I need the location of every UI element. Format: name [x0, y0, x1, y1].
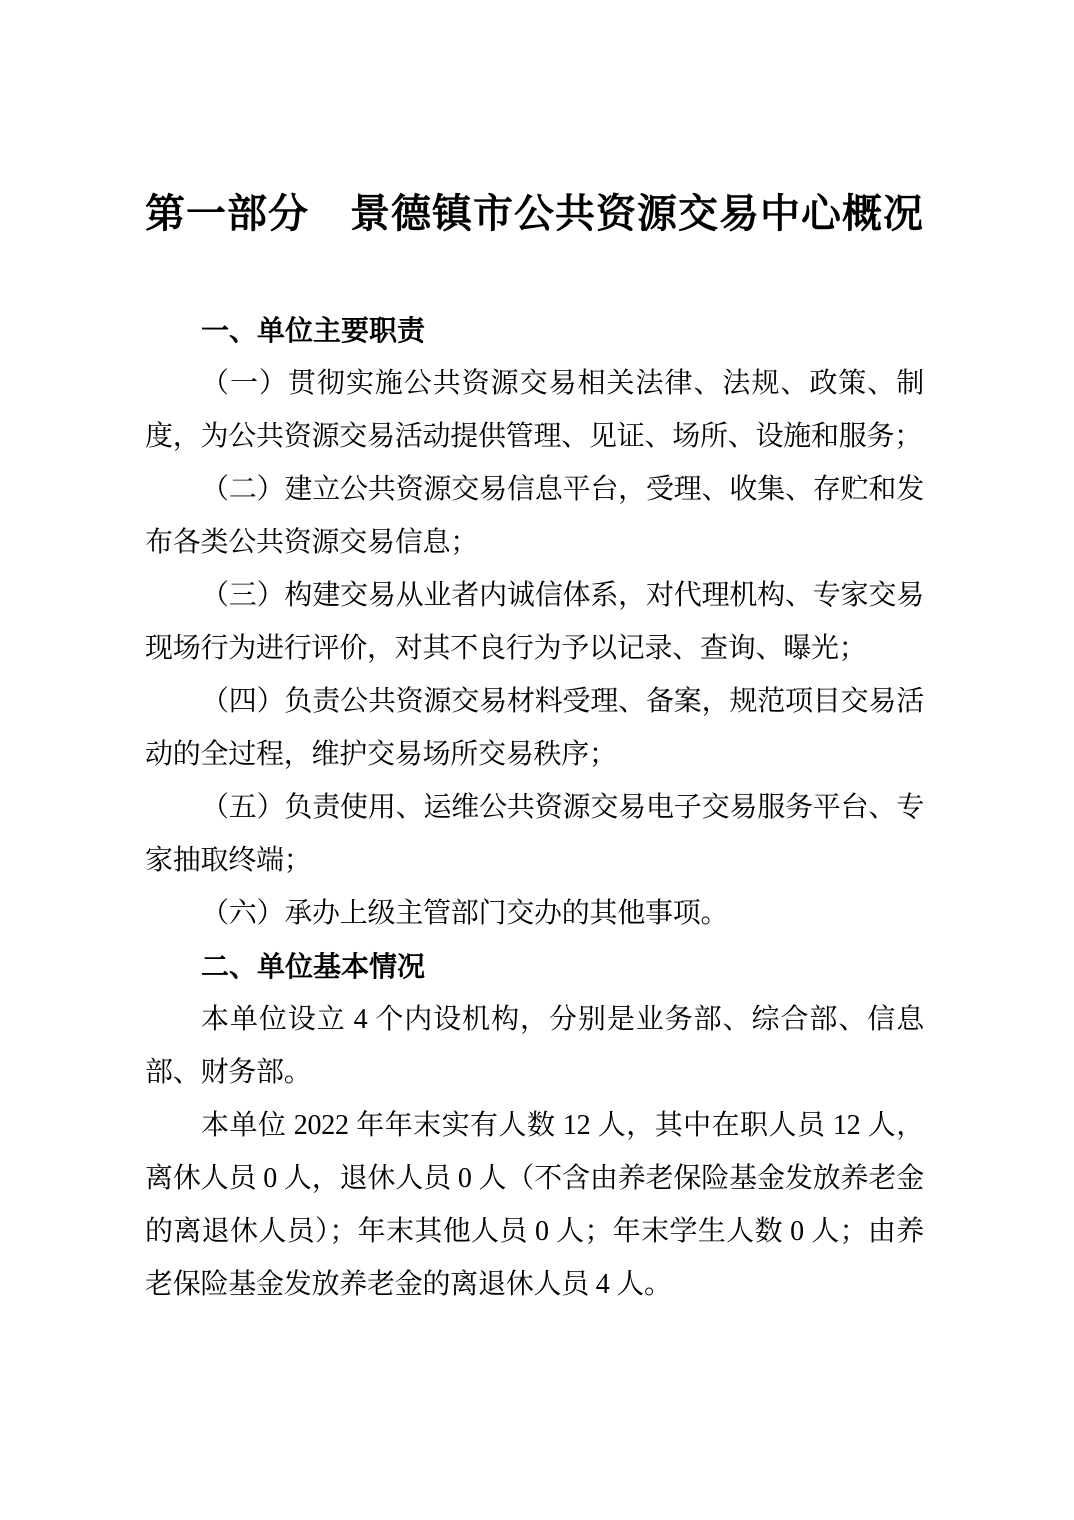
document-page: 第一部分 景德镇市公共资源交易中心概况 一、单位主要职责 （一）贯彻实施公共资源…	[0, 0, 1074, 1520]
section-heading-duties: 一、单位主要职责	[145, 304, 924, 357]
paragraph-duty-4: （四）负责公共资源交易材料受理、备案，规范项目交易活动的全过程，维护交易场所交易…	[145, 675, 924, 781]
paragraph-duty-6: （六）承办上级主管部门交办的其他事项。	[145, 887, 924, 940]
section-heading-basic-info: 二、单位基本情况	[145, 940, 924, 993]
paragraph-duty-3: （三）构建交易从业者内诚信体系，对代理机构、专家交易现场行为进行评价，对其不良行…	[145, 569, 924, 675]
paragraph-duty-5: （五）负责使用、运维公共资源交易电子交易服务平台、专家抽取终端；	[145, 781, 924, 887]
paragraph-org-structure: 本单位设立 4 个内设机构，分别是业务部、综合部、信息部、财务部。	[145, 993, 924, 1099]
paragraph-staff-numbers: 本单位 2022 年年末实有人数 12 人，其中在职人员 12 人，离休人员 0…	[145, 1099, 924, 1311]
document-content: 第一部分 景德镇市公共资源交易中心概况 一、单位主要职责 （一）贯彻实施公共资源…	[0, 0, 1074, 1311]
paragraph-duty-2: （二）建立公共资源交易信息平台，受理、收集、存贮和发布各类公共资源交易信息；	[145, 463, 924, 569]
paragraph-duty-1: （一）贯彻实施公共资源交易相关法律、法规、政策、制度，为公共资源交易活动提供管理…	[145, 357, 924, 463]
document-title: 第一部分 景德镇市公共资源交易中心概况	[145, 190, 924, 238]
